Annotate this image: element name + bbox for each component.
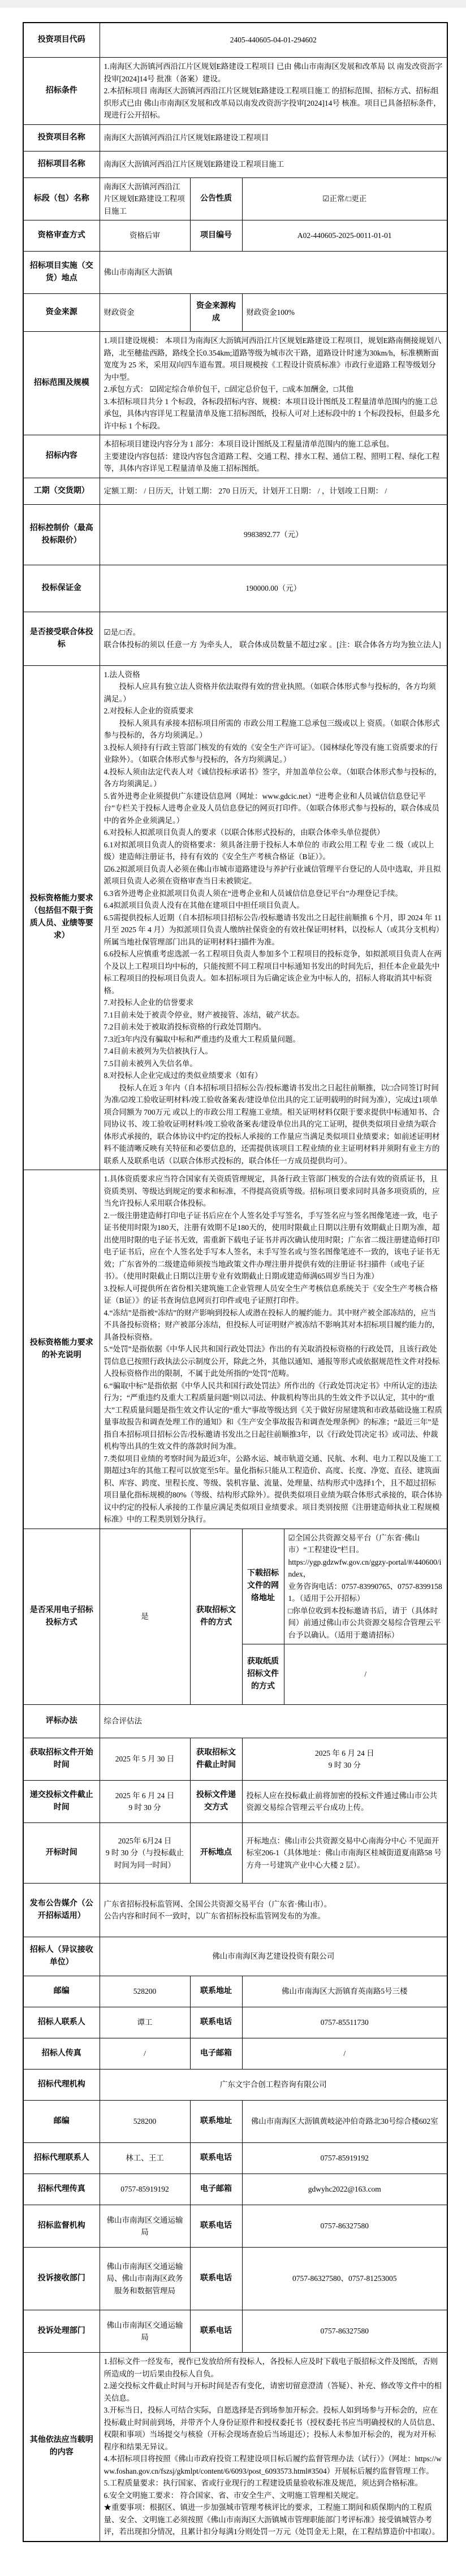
tender-content-value: 本招标项目建设内容分为 1 部分：本项目设计图纸及工程量清单范围内的施工总承包。…	[100, 435, 447, 478]
tender-content-label: 招标内容	[23, 435, 100, 478]
obtain-deadline-label: 获取招标文件截止时间	[190, 1738, 242, 1781]
agency-fax-label: 招标代理传真	[23, 2174, 100, 2205]
section-name-label: 标段（包）名称	[23, 177, 100, 220]
agency-contact-label: 招标代理联系人	[23, 2143, 100, 2174]
supervision-phone-label: 联系电话	[190, 2205, 242, 2248]
paper-method-label: 获取纸质招标文件的方式	[242, 1644, 284, 1705]
qualification-requirements-label: 投标资格能力要求（包括但不限于资质人员、业绩等要求）	[23, 665, 100, 1170]
table-row: 邮编 528200 联系地址 佛山市南海区大沥镇育英南路5号三楼	[23, 1976, 447, 2007]
table-row: 招标人传真 / 电子邮箱 /	[23, 2038, 447, 2070]
table-row: 投资项目代码 2405-440605-04-01-294602	[23, 23, 447, 58]
agency-address-label: 联系地址	[190, 2101, 242, 2143]
table-row: 邮编 528200 联系地址 佛山市南海区大沥镇黄岐泌冲伯奇路北30号综合楼60…	[23, 2101, 447, 2143]
scope-scale-label: 招标范围及规模	[23, 332, 100, 435]
agency-phone-value: 0757-85919192	[242, 2143, 447, 2174]
tenderer-contact-value: 谭工	[100, 2007, 190, 2038]
qualification-supplement-value: 1.具体资质要求应当符合国家有关资质管理规定，具备行政主管部门核发的合法有效的资…	[100, 1170, 447, 1529]
announcement-media-label: 发布公告媒介（公开招标适用）	[23, 1884, 100, 1937]
location-value: 佛山市南海区大沥镇	[100, 252, 447, 294]
location-label: 招标项目实施（交货）地点	[23, 252, 100, 294]
funding-composition-value: 财政资金100%	[242, 294, 447, 332]
project-number-value: A02-440605-2025-0011-01-01	[242, 220, 447, 252]
construction-period-label: 工期（交货期）	[23, 478, 100, 504]
table-row: 递交投标文件截止时间 2025 年 6 月 24 日 9 时 30 分 投标文件…	[23, 1781, 447, 1823]
table-row: 招标条件 1.南海区大沥镇河西沿江片区规划E路建设工程项目 已由 佛山市南海区发…	[23, 58, 447, 125]
other-content-label: 其他依法应当载明的内容	[23, 2353, 100, 2542]
table-row: 招标人（异议接收单位） 佛山市南海区海艺建设投资有限公司	[23, 1937, 447, 1976]
tenderer-address-value: 佛山市南海区大沥镇育英南路5号三楼	[242, 1976, 447, 2007]
document-body: 投资项目代码 2405-440605-04-01-294602 招标条件 1.南…	[0, 7, 466, 2576]
complaint-handling-phone-value: 0757-86327580	[242, 2310, 447, 2353]
notice-nature-label: 公告性质	[190, 177, 242, 220]
tender-project-name-value: 南海区大沥镇河西沿江片区规划E路建设工程项目施工	[100, 151, 447, 177]
section-name-value: 南海区大沥镇河西沿江片区规划E路建设工程项目施工	[100, 177, 190, 220]
table-row: 招标项目名称 南海区大沥镇河西沿江片区规划E路建设工程项目施工	[23, 151, 447, 177]
submission-method-label: 投标文件递交方式	[190, 1781, 242, 1823]
opening-place-label: 开标地点	[190, 1823, 242, 1884]
download-url-label: 下载招标文件的网络地址	[242, 1529, 284, 1644]
agency-postcode-value: 528200	[100, 2101, 190, 2143]
announcement-media-value: 广东省招标投标监管网、全国公共资源交易平台（广东省·佛山市）。 公告内容和时间不…	[100, 1884, 447, 1937]
electronic-bidding-label: 是否采用电子招标投标方式	[23, 1529, 100, 1705]
project-number-label: 项目编号	[190, 220, 242, 252]
funding-composition-label: 资金来源构成	[190, 294, 242, 332]
tender-announcement-table: 投资项目代码 2405-440605-04-01-294602 招标条件 1.南…	[23, 22, 448, 2542]
supervision-phone-value: 0757-86327580	[242, 2205, 447, 2248]
qualification-review-value: 资格后审	[100, 220, 190, 252]
bid-bond-label: 投标保证金	[23, 565, 100, 612]
download-url-value: ☑全国公共资源交易平台（广东省·佛山市）“工程建设”栏目。 https://yg…	[284, 1529, 447, 1644]
scope-scale-value: 1.项目建设规模： 本项目为南海区大沥镇河西沿江片区规划E路建设工程项目，规划E…	[100, 332, 447, 435]
tenderer-phone-label: 联系电话	[190, 2007, 242, 2038]
obtain-start-value: 2025 年 5 月 30 日	[100, 1738, 190, 1781]
complaint-handling-phone-label: 联系电话	[190, 2310, 242, 2353]
supervision-value: 佛山市南海区交通运输局	[100, 2205, 190, 2248]
submission-deadline-value: 2025 年 6 月 24 日 9 时 30 分	[100, 1781, 190, 1823]
agency-value: 广东文宇合创工程咨询有限公司	[100, 2070, 447, 2101]
evaluation-method-label: 评标办法	[23, 1705, 100, 1738]
table-row: 发布公告媒介（公开招标适用） 广东省招标投标监管网、全国公共资源交易平台（广东省…	[23, 1884, 447, 1937]
table-row: 招标代理联系人 林工、王工 联系电话 0757-85919192	[23, 2143, 447, 2174]
price-ceiling-value: 9983892.77（元）	[100, 504, 447, 565]
complaint-receiving-label: 投诉接收部门	[23, 2248, 100, 2310]
table-row: 投标保证金 190000.00（元）	[23, 565, 447, 612]
table-row: 投诉处理部门 佛山市南海区交通运输局 联系电话 0757-86327580	[23, 2310, 447, 2353]
table-row: 招标内容 本招标项目建设内容分为 1 部分：本项目设计图纸及工程量清单范围内的施…	[23, 435, 447, 478]
submission-deadline-label: 递交投标文件截止时间	[23, 1781, 100, 1823]
table-row: 资金来源 财政资金 资金来源构成 财政资金100%	[23, 294, 447, 332]
funding-source-value: 财政资金	[100, 294, 190, 332]
investment-code-label: 投资项目代码	[23, 23, 100, 58]
table-row: 投标资格能力要求的补充说明 1.具体资质要求应当符合国家有关资质管理规定，具备行…	[23, 1170, 447, 1529]
tenderer-fax-value: /	[100, 2038, 190, 2070]
complaint-receiving-phone-value: 0757-86327580、0757-81253005	[242, 2248, 447, 2310]
opening-place-value: 开标地点：佛山市公共资源交易中心南海分中心 不见面开标室206-1（具体地址：佛…	[242, 1823, 447, 1884]
obtain-start-label: 获取招标文件开始时间	[23, 1738, 100, 1781]
tenderer-postcode-value: 528200	[100, 1976, 190, 2007]
table-row: 资格审查方式 资格后审 项目编号 A02-440605-2025-0011-01…	[23, 220, 447, 252]
qualification-review-label: 资格审查方式	[23, 220, 100, 252]
agency-email-label: 电子邮箱	[190, 2174, 242, 2205]
qualification-supplement-label: 投标资格能力要求的补充说明	[23, 1170, 100, 1529]
opening-time-label: 开标时间	[23, 1823, 100, 1884]
agency-postcode-label: 邮编	[23, 2101, 100, 2143]
table-row: 投标资格能力要求（包括但不限于资质人员、业绩等要求） 1.法人资格 投标人应具有…	[23, 665, 447, 1170]
agency-phone-label: 联系电话	[190, 2143, 242, 2174]
investment-project-name-label: 投资项目名称	[23, 124, 100, 151]
table-row: 其他依法应当载明的内容 1.招标文件一经发布，视作已发放给所有投标人，各投标人应…	[23, 2353, 447, 2542]
table-row: 招标代理机构 广东文宇合创工程咨询有限公司	[23, 2070, 447, 2101]
electronic-bidding-value: 是	[100, 1529, 190, 1705]
table-row: 招标项目实施（交货）地点 佛山市南海区大沥镇	[23, 252, 447, 294]
page-top-strip	[0, 0, 466, 7]
table-row: 招标控制价（最高投标限价） 9983892.77（元）	[23, 504, 447, 565]
other-content-value: 1.招标文件一经发布，视作已发放给所有投标人，各投标人应及时下载电子版招标文件及…	[100, 2353, 447, 2542]
table-row: 开标时间 2025年 6月24 日 9 时 30 分（与投标截止时间为同一时间）…	[23, 1823, 447, 1884]
complaint-handling-label: 投诉处理部门	[23, 2310, 100, 2353]
opening-time-value: 2025年 6月24 日 9 时 30 分（与投标截止时间为同一时间）	[100, 1823, 190, 1884]
agency-email-value: gdwyhc2022@163.com	[242, 2174, 447, 2205]
table-row: 招标监督机构 佛山市南海区交通运输局 联系电话 0757-86327580	[23, 2205, 447, 2248]
table-row: 招标代理传真 0757-85919192 电子邮箱 gdwyhc2022@163…	[23, 2174, 447, 2205]
agency-fax-value: 0757-85919192	[100, 2174, 190, 2205]
table-row: 是否采用电子招标投标方式 是 获取招标文件的方式 下载招标文件的网络地址 ☑全国…	[23, 1529, 447, 1644]
agency-address-value: 佛山市南海区大沥镇黄岐泌冲伯奇路北30号综合楼602室	[242, 2101, 447, 2143]
tenderer-label: 招标人（异议接收单位）	[23, 1937, 100, 1976]
funding-source-label: 资金来源	[23, 294, 100, 332]
table-row: 投诉接收部门 佛山市南海区交通运输局、佛山市南海区政务服务和数据管理局 联系电话…	[23, 2248, 447, 2310]
table-row: 投资项目名称 南海区大沥镇河西沿江片区规划E路建设工程项目	[23, 124, 447, 151]
notice-nature-value: ☑正常/□更正	[242, 177, 447, 220]
investment-code-value: 2405-440605-04-01-294602	[100, 23, 447, 58]
table-row: 获取招标文件开始时间 2025 年 5 月 30 日 获取招标文件截止时间 20…	[23, 1738, 447, 1781]
price-ceiling-label: 招标控制价（最高投标限价）	[23, 504, 100, 565]
agency-contact-value: 林工、王工	[100, 2143, 190, 2174]
tenderer-contact-label: 招标人联系人	[23, 2007, 100, 2038]
tenderer-value: 佛山市南海区海艺建设投资有限公司	[100, 1937, 447, 1976]
tenderer-phone-value: 0757-85511730	[242, 2007, 447, 2038]
table-row: 招标人联系人 谭工 联系电话 0757-85511730	[23, 2007, 447, 2038]
consortium-label: 是否接受联合体投标	[23, 612, 100, 665]
consortium-value: ☑是/□否。 联合体投标的须以 任意一方 为牵头人， 联合体成员数量不超过2家 …	[100, 612, 447, 665]
table-row: 工期（交货期） 定额工期： / 日历天，计划工期： 270 日历天，计划开工日期…	[23, 478, 447, 504]
tenderer-postcode-label: 邮编	[23, 1976, 100, 2007]
table-row: 是否接受联合体投标 ☑是/□否。 联合体投标的须以 任意一方 为牵头人， 联合体…	[23, 612, 447, 665]
agency-label: 招标代理机构	[23, 2070, 100, 2101]
obtain-deadline-value: 2025 年 6 月 24 日 9 时 30 分	[242, 1738, 447, 1781]
complaint-receiving-phone-label: 联系电话	[190, 2248, 242, 2310]
table-row: 评标办法 综合评估法	[23, 1705, 447, 1738]
table-row: 招标范围及规模 1.项目建设规模： 本项目为南海区大沥镇河西沿江片区规划E路建设…	[23, 332, 447, 435]
tender-conditions-label: 招标条件	[23, 58, 100, 125]
obtain-method-label: 获取招标文件的方式	[190, 1529, 242, 1705]
tender-announcement-page: 投资项目代码 2405-440605-04-01-294602 招标条件 1.南…	[0, 0, 466, 2576]
tenderer-fax-label: 招标人传真	[23, 2038, 100, 2070]
investment-project-name-value: 南海区大沥镇河西沿江片区规划E路建设工程项目	[100, 124, 447, 151]
evaluation-method-value: 综合评估法	[100, 1705, 447, 1738]
complaint-handling-value: 佛山市南海区交通运输局	[100, 2310, 190, 2353]
tender-project-name-label: 招标项目名称	[23, 151, 100, 177]
tender-conditions-value: 1.南海区大沥镇河西沿江片区规划E路建设工程项目 已由 佛山市南海区发展和改革局…	[100, 58, 447, 125]
paper-method-value: /	[284, 1644, 447, 1705]
tenderer-email-value: /	[242, 2038, 447, 2070]
supervision-label: 招标监督机构	[23, 2205, 100, 2248]
qualification-requirements-value: 1.法人资格 投标人应具有独立法人资格并依法取得有效的营业执照。（如联合体形式参…	[100, 665, 447, 1170]
submission-method-value: 投标人应在投标截止前将加密的投标文件通过佛山市公共资源交易综合管理云平台成功上传…	[242, 1781, 447, 1823]
bid-bond-value: 190000.00（元）	[100, 565, 447, 612]
tenderer-email-label: 电子邮箱	[190, 2038, 242, 2070]
tenderer-address-label: 联系地址	[190, 1976, 242, 2007]
table-row: 标段（包）名称 南海区大沥镇河西沿江片区规划E路建设工程项目施工 公告性质 ☑正…	[23, 177, 447, 220]
complaint-receiving-value: 佛山市南海区交通运输局、佛山市南海区政务服务和数据管理局	[100, 2248, 190, 2310]
construction-period-value: 定额工期： / 日历天，计划工期： 270 日历天，计划开工日期： / ，计划竣…	[100, 478, 447, 504]
